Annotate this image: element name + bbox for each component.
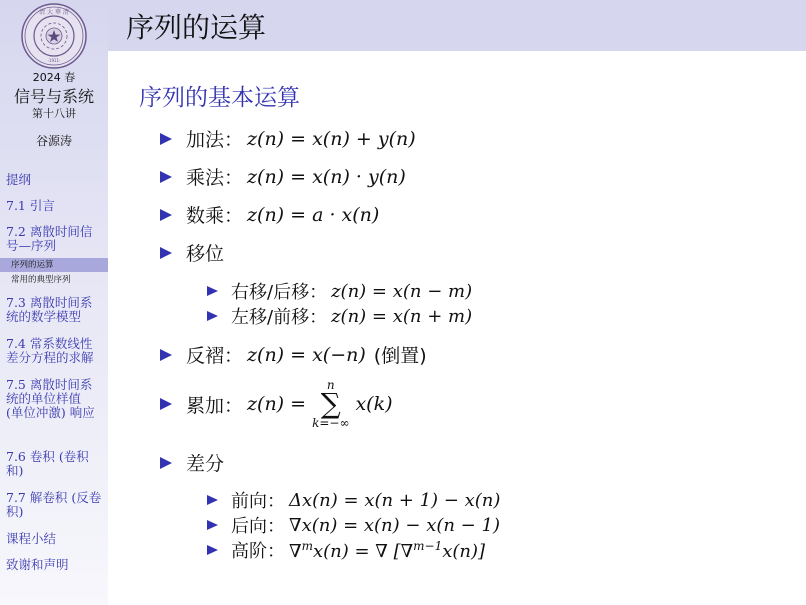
- triangle-bullet-icon: [207, 545, 218, 555]
- lecture-number: 第十八讲: [0, 105, 108, 121]
- list-subitem-left-shift: 左移/前移： z(n) = x(n + m): [207, 303, 472, 329]
- list-item-reflection: 反褶： z(n) = x(−n) (倒置): [160, 341, 427, 368]
- triangle-bullet-icon: [160, 171, 172, 183]
- summation-expression: n ∑ k=−∞: [312, 379, 349, 429]
- nav-item-outline[interactable]: 提纲: [6, 173, 106, 187]
- triangle-bullet-icon: [207, 520, 218, 530]
- block-title: 序列的基本运算: [139, 79, 300, 112]
- list-item-scalar-multiplication: 数乘： z(n) = a · x(n): [160, 201, 379, 228]
- course-title: 信号与系统: [0, 84, 108, 107]
- nav-item-summary[interactable]: 课程小结: [6, 532, 106, 546]
- list-subitem-higher-order-difference: 高阶： ∇mx(n) = ∇ [∇m−1x(n)]: [207, 537, 485, 563]
- triangle-bullet-icon: [207, 495, 218, 505]
- slide-content: 序列的基本运算 加法： z(n) = x(n) + y(n) 乘法： z(n) …: [108, 51, 806, 605]
- nav-item-7-3[interactable]: 7.3 离散时间系统的数学模型: [6, 296, 102, 324]
- frame-header: 序列的运算: [108, 0, 806, 51]
- nav-item-7-6[interactable]: 7.6 卷积 (卷积和): [6, 450, 102, 478]
- triangle-bullet-icon: [160, 398, 172, 410]
- frame-title: 序列的运算: [126, 6, 266, 46]
- sidebar: 清 大 華 清 ·1911· 2024 春 信号与系统 第十八讲 谷源涛 提纲 …: [0, 0, 108, 605]
- triangle-bullet-icon: [160, 247, 172, 259]
- svg-text:清 大 華 清: 清 大 華 清: [39, 8, 69, 16]
- triangle-bullet-icon: [160, 133, 172, 145]
- university-seal-logo: 清 大 華 清 ·1911·: [21, 3, 87, 69]
- nav-item-7-4[interactable]: 7.4 常系数线性差分方程的求解: [6, 337, 102, 365]
- nav-item-7-1[interactable]: 7.1 引言: [6, 199, 106, 213]
- list-item-accumulation: 累加： z(n) = n ∑ k=−∞ x(k): [160, 379, 393, 429]
- list-item-multiplication: 乘法： z(n) = x(n) · y(n): [160, 163, 406, 190]
- triangle-bullet-icon: [207, 311, 218, 321]
- nav-subitem-sequence-operations[interactable]: 序列的运算: [0, 258, 108, 272]
- triangle-bullet-icon: [207, 286, 218, 296]
- list-item-difference: 差分: [160, 449, 224, 476]
- nav-item-7-7[interactable]: 7.7 解卷积 (反卷积): [6, 491, 102, 519]
- triangle-bullet-icon: [160, 349, 172, 361]
- list-subitem-backward-difference: 后向： ∇x(n) = x(n) − x(n − 1): [207, 512, 500, 538]
- list-item-addition: 加法： z(n) = x(n) + y(n): [160, 125, 416, 152]
- nav-item-acknowledgements[interactable]: 致谢和声明: [6, 558, 106, 572]
- list-subitem-right-shift: 右移/后移： z(n) = x(n − m): [207, 278, 472, 304]
- triangle-bullet-icon: [160, 457, 172, 469]
- svg-text:·1911·: ·1911·: [48, 58, 61, 63]
- list-subitem-forward-difference: 前向： Δx(n) = x(n + 1) − x(n): [207, 487, 500, 513]
- nav-subitem-typical-sequences[interactable]: 常用的典型序列: [0, 273, 108, 287]
- nav-item-7-2[interactable]: 7.2 离散时间信号—序列: [6, 225, 102, 253]
- author-name: 谷源涛: [0, 132, 108, 149]
- term-year: 2024 春: [0, 69, 108, 85]
- list-item-shift: 移位: [160, 239, 224, 266]
- nav-item-7-5[interactable]: 7.5 离散时间系统的单位样值 (单位冲激) 响应: [6, 378, 102, 420]
- triangle-bullet-icon: [160, 209, 172, 221]
